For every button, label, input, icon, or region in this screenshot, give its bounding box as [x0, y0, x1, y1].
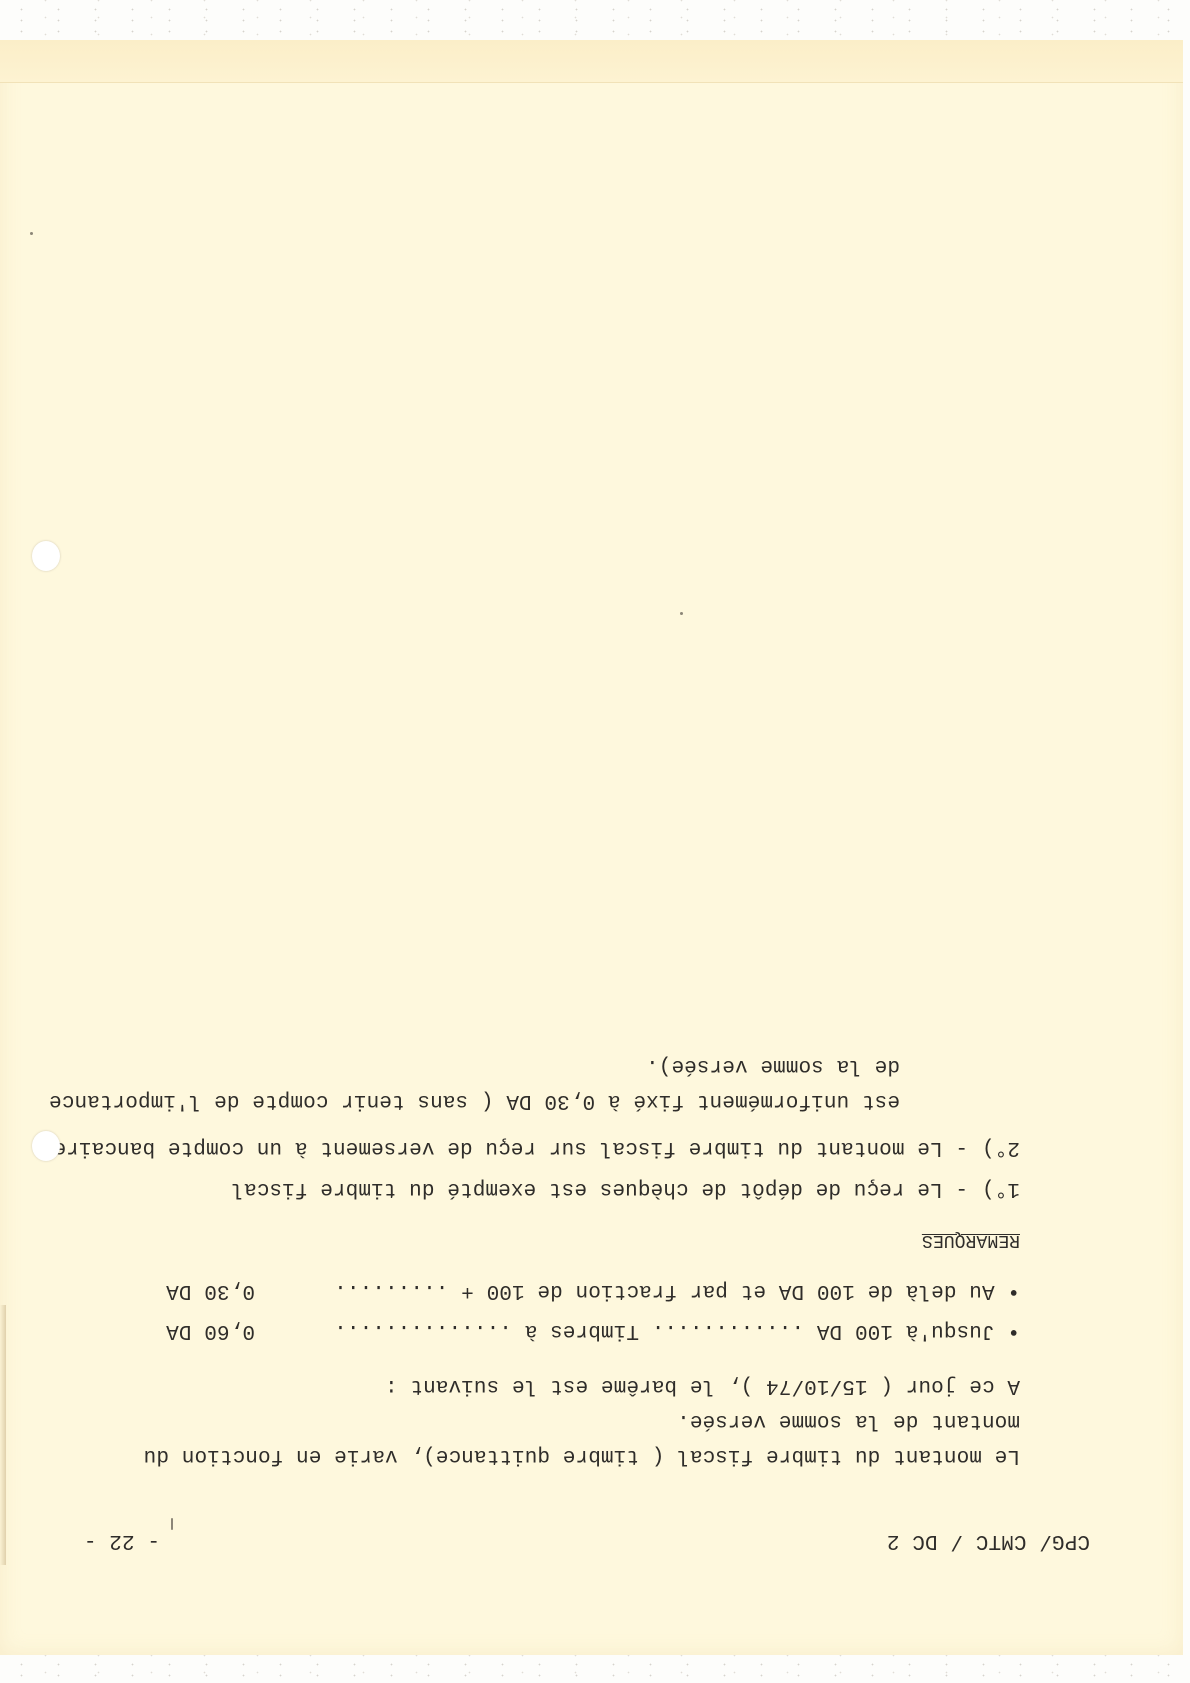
- speck: [30, 232, 33, 235]
- header-reference: CPG/ CMTC / DC 2: [887, 1528, 1090, 1552]
- rate-row-label: • Jusqu'à 100 DA ............ Timbres à …: [334, 1318, 1020, 1342]
- rate-row-value: 0,30 DA: [166, 1278, 255, 1302]
- remark-text: est uniformément fixé à 0,30 DA ( sans t…: [49, 1088, 900, 1112]
- rate-row-value: 0,60 DA: [166, 1318, 255, 1342]
- intro-line-2: montant de la somme versée.: [677, 1408, 1020, 1432]
- remark-text: de la somme versée).: [646, 1053, 900, 1077]
- page-number: - 22 -: [84, 1528, 160, 1552]
- punch-hole: [32, 541, 60, 571]
- punch-hole: [32, 1131, 60, 1161]
- edge-stain: [0, 1305, 6, 1565]
- remark-text: - Le reçu de dépôt de chèques est exempt…: [231, 1176, 968, 1200]
- remark-text: - Le montant du timbre fiscal sur reçu d…: [41, 1135, 968, 1159]
- rate-row-label: • Au delà de 100 DA et par fraction de 1…: [334, 1278, 1020, 1302]
- intro-line-3: A ce jour ( 15/10/74 ), le barême est le…: [385, 1373, 1020, 1397]
- scan-margin-bottom: [0, 1655, 1190, 1683]
- scan-margin-top: [0, 0, 1190, 40]
- document-page: CPG/ CMTC / DC 2 - 22 - Le montant du ti…: [0, 40, 1183, 1655]
- speck: [680, 612, 683, 615]
- speck: [171, 1518, 173, 1530]
- remarks-heading: REMARQUES: [922, 1228, 1020, 1252]
- remark-number: 1°): [982, 1176, 1020, 1200]
- intro-line-1: Le montant du timbre fiscal ( timbre qui…: [144, 1443, 1020, 1467]
- paper-fold: [0, 40, 1183, 83]
- remark-number: 2°): [982, 1135, 1020, 1159]
